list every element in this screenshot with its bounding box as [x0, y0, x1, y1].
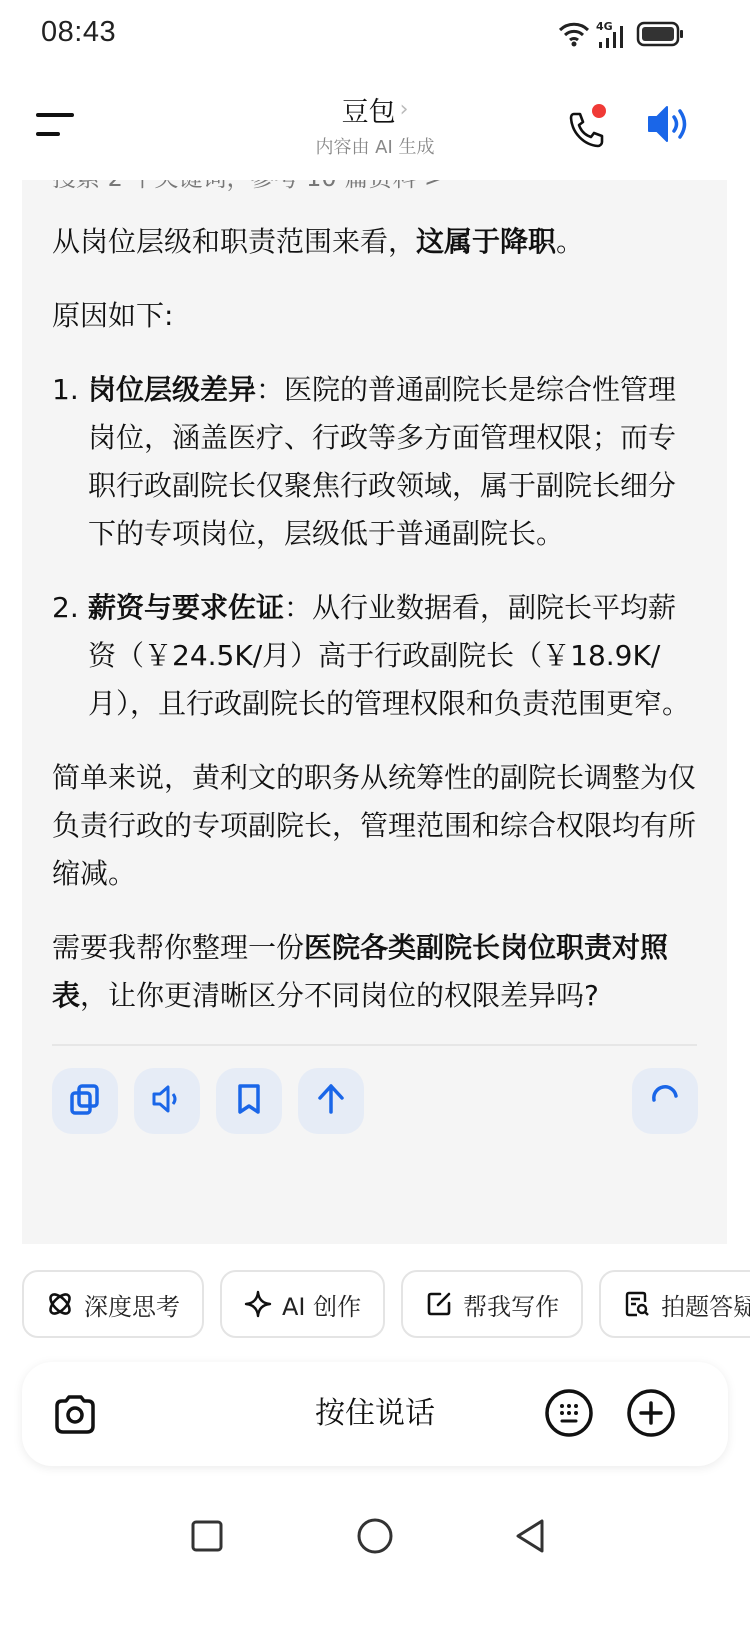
status-bar: 08:43 4G	[0, 0, 750, 70]
copy-icon	[68, 1082, 102, 1116]
cellular-signal-icon: 4G	[596, 22, 630, 50]
reason-title: 薪资与要求佐证	[88, 591, 284, 624]
read-aloud-icon	[150, 1082, 184, 1116]
bookmark-icon	[232, 1082, 266, 1116]
share-button[interactable]	[298, 1068, 364, 1134]
hold-to-talk-button[interactable]: 按住说话	[22, 1362, 728, 1466]
regenerate-button[interactable]	[632, 1068, 698, 1134]
chip-label: 帮我写作	[463, 1287, 559, 1322]
chat-title[interactable]: 豆包 ›	[342, 90, 409, 129]
list-item: 1. 岗位层级差异：医院的普通副院长是综合性管理岗位，涵盖医疗、行政等多方面管理…	[52, 366, 697, 558]
quick-action-chips[interactable]: 深度思考 AI 创作 帮我写作 拍题答疑	[22, 1270, 750, 1340]
back-button[interactable]	[502, 1506, 562, 1566]
list-number: 2.	[52, 584, 79, 632]
chip-ai-create[interactable]: AI 创作	[220, 1270, 385, 1338]
sparkle-icon	[244, 1290, 272, 1318]
divider	[52, 1044, 697, 1046]
chip-label: 拍题答疑	[661, 1287, 750, 1322]
system-nav-bar	[0, 1490, 750, 1625]
message-actions	[52, 1068, 697, 1148]
reasons-list: 1. 岗位层级差异：医院的普通副院长是综合性管理岗位，涵盖医疗、行政等多方面管理…	[52, 366, 697, 728]
regenerate-icon	[648, 1082, 682, 1116]
list-item: 2. 薪资与要求佐证：从行业数据看，副院长平均薪资（￥24.5K/月）高于行政副…	[52, 584, 697, 728]
summary-paragraph: 简单来说，黄利文的职务从统筹性的副院长调整为仅负责行政的专项副院长，管理范围和综…	[52, 754, 697, 898]
copy-button[interactable]	[52, 1068, 118, 1134]
camera-button[interactable]	[52, 1392, 98, 1438]
ai-disclaimer: 内容由 AI 生成	[0, 133, 750, 159]
chip-photo-question[interactable]: 拍题答疑	[599, 1270, 750, 1338]
battery-icon	[636, 21, 684, 51]
follow-up-offer: 需要我帮你整理一份医院各类副院长岗位职责对照表，让你更清晰区分不同岗位的权限差异…	[52, 924, 697, 1020]
assistant-message: 搜索 2 个关键词，参考 10 篇资料 > 从岗位层级和职责范围来看，这属于降职…	[22, 180, 727, 1244]
recents-button[interactable]	[177, 1506, 237, 1566]
more-button[interactable]	[626, 1388, 676, 1438]
offer-text: 需要我帮你整理一份	[52, 931, 304, 964]
notification-dot	[592, 104, 606, 118]
plus-icon	[626, 1388, 676, 1438]
chip-help-write[interactable]: 帮我写作	[401, 1270, 583, 1338]
status-time: 08:43	[41, 16, 116, 49]
search-references-link[interactable]: 搜索 2 个关键词，参考 10 篇资料 >	[52, 180, 697, 198]
photo-search-icon	[623, 1290, 651, 1318]
recents-icon	[189, 1518, 225, 1554]
speaker-icon	[645, 102, 693, 146]
keyboard-icon	[544, 1388, 594, 1438]
title-block[interactable]: 豆包 › 内容由 AI 生成	[0, 90, 750, 159]
back-icon	[512, 1516, 552, 1556]
share-icon	[314, 1082, 348, 1116]
speaker-button[interactable]	[645, 102, 695, 148]
input-bar: 按住说话	[22, 1362, 728, 1466]
reason-heading: 原因如下:	[52, 292, 697, 340]
voice-call-button[interactable]	[565, 100, 615, 150]
bookmark-button[interactable]	[216, 1068, 282, 1134]
edit-icon	[425, 1290, 453, 1318]
chevron-right-icon: ›	[400, 97, 409, 122]
chip-label: 深度思考	[84, 1287, 180, 1322]
bot-name: 豆包	[342, 90, 396, 129]
list-number: 1.	[52, 366, 79, 414]
answer-intro: 从岗位层级和职责范围来看，这属于降职。	[52, 218, 697, 266]
offer-text-end: ，让你更清晰区分不同岗位的权限差异吗?	[80, 979, 599, 1012]
wifi-icon	[558, 20, 590, 52]
chat-scroll-area[interactable]: 搜索 2 个关键词，参考 10 篇资料 > 从岗位层级和职责范围来看，这属于降职…	[0, 180, 750, 1244]
read-aloud-button[interactable]	[134, 1068, 200, 1134]
intro-text: 从岗位层级和职责范围来看，	[52, 225, 416, 258]
chat-header: 豆包 › 内容由 AI 生成	[0, 70, 750, 180]
reason-title: 岗位层级差异	[88, 373, 256, 406]
intro-end: 。	[556, 225, 584, 258]
intro-bold: 这属于降职	[416, 225, 556, 258]
chip-label: AI 创作	[282, 1287, 361, 1322]
keyboard-button[interactable]	[544, 1388, 594, 1438]
camera-icon	[52, 1392, 98, 1438]
chip-deep-think[interactable]: 深度思考	[22, 1270, 204, 1338]
home-button[interactable]	[345, 1506, 405, 1566]
deep-think-icon	[46, 1290, 74, 1318]
status-icons: 4G	[558, 20, 684, 52]
home-icon	[355, 1516, 395, 1556]
